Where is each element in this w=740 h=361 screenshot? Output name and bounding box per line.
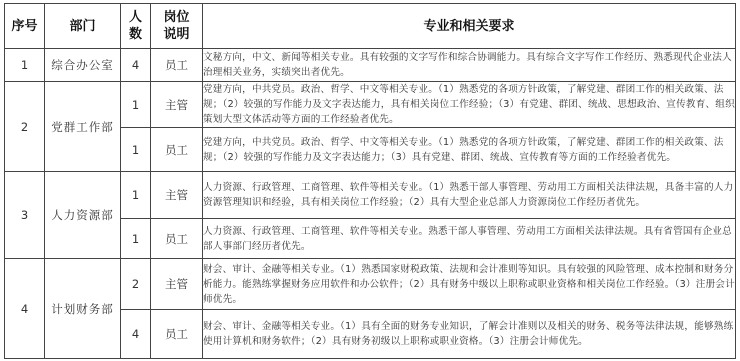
count-cell: 2	[121, 259, 151, 310]
header-requirements: 专业和相关要求	[203, 4, 736, 49]
requirements-cell: 党建方向，中共党员。政治、哲学、中文等相关专业。（1）熟悉党的各项方针政策，了解…	[203, 128, 736, 172]
seq-cell: 3	[5, 172, 45, 259]
seq-cell: 2	[5, 82, 45, 172]
count-cell: 4	[121, 310, 151, 359]
count-cell: 4	[121, 49, 151, 82]
position-cell: 主管	[151, 259, 203, 310]
count-cell: 1	[121, 128, 151, 172]
dept-cell: 人力资源部	[45, 172, 121, 259]
dept-cell: 党群工作部	[45, 82, 121, 172]
position-cell: 员工	[151, 49, 203, 82]
header-dept: 部门	[45, 4, 121, 49]
recruitment-requirements-table: 序号 部门 人数 岗位说明 专业和相关要求 1 综合办公室 4 员工 文秘方向，…	[4, 3, 736, 359]
requirements-cell: 人力资源、行政管理、工商管理、软件等相关专业。熟悉干部人事管理、劳动用工方面相关…	[203, 219, 736, 259]
table-row: 3 人力资源部 1 主管 人力资源、行政管理、工商管理、软件等相关专业。（1）熟…	[5, 172, 736, 219]
header-row: 序号 部门 人数 岗位说明 专业和相关要求	[5, 4, 736, 49]
position-cell: 员工	[151, 310, 203, 359]
position-cell: 员工	[151, 128, 203, 172]
count-cell: 1	[121, 172, 151, 219]
header-seq: 序号	[5, 4, 45, 49]
seq-cell: 1	[5, 49, 45, 82]
position-cell: 主管	[151, 172, 203, 219]
table-row: 1 综合办公室 4 员工 文秘方向，中文、新闻等相关专业。具有较强的文字写作和综…	[5, 49, 736, 82]
header-position: 岗位说明	[151, 4, 203, 49]
seq-cell: 4	[5, 259, 45, 359]
table-row: 4 计划财务部 2 主管 财会、审计、金融等相关专业。（1）熟悉国家财税政策、法…	[5, 259, 736, 310]
dept-cell: 计划财务部	[45, 259, 121, 359]
requirements-cell: 党建方向，中共党员。政治、哲学、中文等相关专业。（1）熟悉党的各项方针政策，了解…	[203, 82, 736, 128]
requirements-cell: 财会、审计、金融等相关专业。（1）具有全面的财务专业知识，了解会计准则以及相关的…	[203, 310, 736, 359]
count-cell: 1	[121, 219, 151, 259]
position-cell: 主管	[151, 82, 203, 128]
header-count: 人数	[121, 4, 151, 49]
requirements-cell: 文秘方向，中文、新闻等相关专业。具有较强的文字写作和综合协调能力。具有综合文字写…	[203, 49, 736, 82]
requirements-cell: 财会、审计、金融等相关专业。（1）熟悉国家财税政策、法规和会计准则等知识。具有较…	[203, 259, 736, 310]
dept-cell: 综合办公室	[45, 49, 121, 82]
table-row: 2 党群工作部 1 主管 党建方向，中共党员。政治、哲学、中文等相关专业。（1）…	[5, 82, 736, 128]
requirements-cell: 人力资源、行政管理、工商管理、软件等相关专业。（1）熟悉干部人事管理、劳动用工方…	[203, 172, 736, 219]
count-cell: 1	[121, 82, 151, 128]
position-cell: 员工	[151, 219, 203, 259]
